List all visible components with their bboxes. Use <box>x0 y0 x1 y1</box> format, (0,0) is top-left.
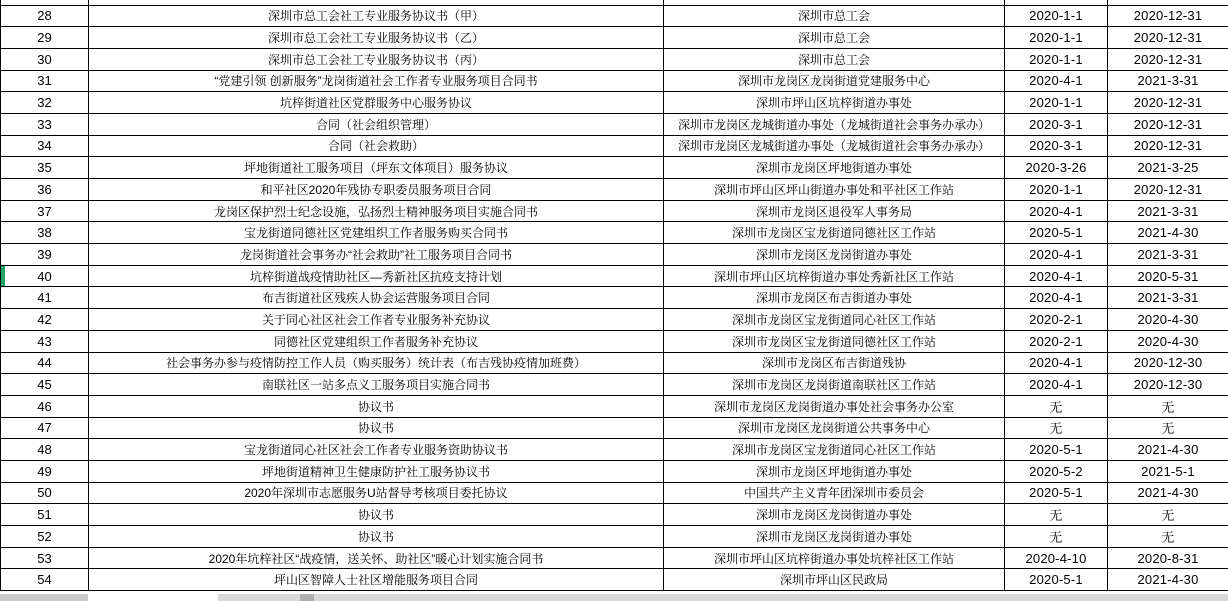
cell-organization[interactable]: 深圳市龙岗区退役军人事务局 <box>664 200 1005 222</box>
table-row: 52 协议书 深圳市龙岗区龙岗街道办事处 无 无 <box>1 526 1228 548</box>
cell-organization[interactable]: 深圳市坪山区坑梓街道办事处秀新社区工作站 <box>664 265 1005 287</box>
table-row: 45 南联社区一站多点义工服务项目实施合同书 深圳市龙岗区龙岗街道南联社区工作站… <box>1 374 1228 396</box>
cell-organization[interactable]: 深圳市龙岗区龙岗街道党建服务中心 <box>664 70 1005 92</box>
bottom-left-block <box>0 594 88 601</box>
table-row: 49 坪地街道精神卫生健康防护社工服务协议书 深圳市龙岗区坪地街道办事处 202… <box>1 460 1228 482</box>
table-row: 35 坪地街道社工服务项目（坪东文体项目）服务协议 深圳市龙岗区坪地街道办事处 … <box>1 157 1228 179</box>
table-row: 32 坑梓街道社区党群服务中心服务协议 深圳市坪山区坑梓街道办事处 2020-1… <box>1 92 1228 114</box>
cell-contract-name[interactable]: 南联社区一站多点义工服务项目实施合同书 <box>89 374 664 396</box>
cell-contract-name[interactable]: 深圳市总工会社工专业服务协议书（甲） <box>89 5 664 27</box>
cell-organization[interactable]: 深圳市龙岗区龙城街道办事处（龙城街道社会事务办承办） <box>664 113 1005 135</box>
cell-start-date[interactable]: 2020-4-1 <box>1005 287 1108 309</box>
cell-contract-name[interactable]: 合同（社会救助） <box>89 135 664 157</box>
table-row: 46 协议书 深圳市龙岗区龙岗街道办事处社会事务办公室 无 无 <box>1 395 1228 417</box>
cell-end-date[interactable]: 2020-4-30 <box>1108 309 1228 331</box>
cell-end-date[interactable]: 2021-3-31 <box>1108 287 1228 309</box>
table-row: 41 布吉街道社区残疾人协会运营服务项目合同 深圳市龙岗区布吉街道办事处 202… <box>1 287 1228 309</box>
cell-row-number[interactable]: 39 <box>1 244 89 266</box>
table-row: 31 “党建引领 创新服务”龙岗街道社会工作者专业服务项目合同书 深圳市龙岗区龙… <box>1 70 1228 92</box>
cell-contract-name[interactable]: 协议书 <box>89 504 664 526</box>
cell-row-number[interactable]: 40 <box>1 265 89 287</box>
cell-contract-name[interactable]: “党建引领 创新服务”龙岗街道社会工作者专业服务项目合同书 <box>89 70 664 92</box>
cell-organization[interactable]: 深圳市龙岗区龙城街道办事处（龙城街道社会事务办承办） <box>664 135 1005 157</box>
cell-start-date[interactable]: 2020-2-1 <box>1005 330 1108 352</box>
table-row: 48 宝龙街道同心社区社会工作者专业服务资助协议书 深圳市龙岗区宝龙街道同心社区… <box>1 439 1228 461</box>
cell-organization[interactable]: 深圳市龙岗区龙岗街道办事处 <box>664 526 1005 548</box>
cell-contract-name[interactable]: 协议书 <box>89 417 664 439</box>
cell-start-date[interactable]: 2020-1-1 <box>1005 48 1108 70</box>
cell-organization[interactable]: 深圳市龙岗区龙岗街道公共事务中心 <box>664 417 1005 439</box>
cell-organization[interactable]: 深圳市龙岗区宝龙街道同德社区工作站 <box>664 330 1005 352</box>
cell-end-date[interactable]: 无 <box>1108 417 1228 439</box>
cell-row-number[interactable]: 45 <box>1 374 89 396</box>
cell-organization[interactable]: 深圳市龙岗区布吉街道办事处 <box>664 287 1005 309</box>
cell-contract-name[interactable]: 协议书 <box>89 526 664 548</box>
cell-contract-name[interactable]: 坑梓街道战疫情助社区—秀新社区抗疫支持计划 <box>89 265 664 287</box>
cell-organization[interactable]: 深圳市龙岗区宝龙街道同心社区工作站 <box>664 439 1005 461</box>
cell-contract-name[interactable]: 协议书 <box>89 395 664 417</box>
cell-end-date[interactable]: 2020-12-30 <box>1108 374 1228 396</box>
cell-end-date[interactable]: 2020-8-31 <box>1108 547 1228 569</box>
cell-contract-name[interactable]: 宝龙街道同德社区党建组织工作者服务购买合同书 <box>89 222 664 244</box>
cell-row-number[interactable]: 48 <box>1 439 89 461</box>
cell-start-date[interactable]: 2020-1-1 <box>1005 5 1108 27</box>
cell-end-date[interactable]: 无 <box>1108 526 1228 548</box>
cell-organization[interactable]: 深圳市龙岗区龙岗街道南联社区工作站 <box>664 374 1005 396</box>
cell-end-date[interactable]: 2021-3-31 <box>1108 200 1228 222</box>
cell-row-number[interactable]: 30 <box>1 48 89 70</box>
cell-start-date[interactable]: 2020-2-1 <box>1005 309 1108 331</box>
cell-end-date[interactable]: 2021-4-30 <box>1108 222 1228 244</box>
cell-contract-name[interactable]: 宝龙街道同心社区社会工作者专业服务资助协议书 <box>89 439 664 461</box>
cell-end-date[interactable]: 2020-12-31 <box>1108 48 1228 70</box>
cell-start-date[interactable]: 2020-4-1 <box>1005 200 1108 222</box>
cell-start-date[interactable]: 2020-1-1 <box>1005 27 1108 49</box>
table-row: 50 2020年深圳市志愿服务U站督导考核项目委托协议 中国共产主义青年团深圳市… <box>1 482 1228 504</box>
table-row: 36 和平社区2020年残协专职委员服务项目合同 深圳市坪山区坪山街道办事处和平… <box>1 179 1228 201</box>
cell-contract-name[interactable]: 坑梓街道社区党群服务中心服务协议 <box>89 92 664 114</box>
cell-end-date[interactable]: 2021-4-30 <box>1108 569 1228 591</box>
cell-end-date[interactable]: 2021-4-30 <box>1108 482 1228 504</box>
cell-row-number[interactable]: 42 <box>1 309 89 331</box>
table-row: 28 深圳市总工会社工专业服务协议书（甲） 深圳市总工会 2020-1-1 20… <box>1 5 1228 27</box>
cell-organization[interactable]: 深圳市坪山区坑梓街道办事处坑梓社区工作站 <box>664 547 1005 569</box>
cell-start-date[interactable]: 无 <box>1005 395 1108 417</box>
cell-start-date[interactable]: 2020-4-10 <box>1005 547 1108 569</box>
cell-start-date[interactable]: 2020-5-1 <box>1005 222 1108 244</box>
cell-start-date[interactable]: 2020-5-1 <box>1005 482 1108 504</box>
table-row: 44 社会事务办参与疫情防控工作人员（购买服务）统计表（布吉残协疫情加班费） 深… <box>1 352 1228 374</box>
cell-contract-name[interactable]: 2020年深圳市志愿服务U站督导考核项目委托协议 <box>89 482 664 504</box>
cell-end-date[interactable]: 2020-12-31 <box>1108 92 1228 114</box>
cell-row-number[interactable]: 33 <box>1 113 89 135</box>
table-row: 33 合同（社会组织管理） 深圳市龙岗区龙城街道办事处（龙城街道社会事务办承办）… <box>1 113 1228 135</box>
table-row: 29 深圳市总工会社工专业服务协议书（乙） 深圳市总工会 2020-1-1 20… <box>1 27 1228 49</box>
cell-organization[interactable]: 深圳市龙岗区坪地街道办事处 <box>664 460 1005 482</box>
cell-row-number[interactable]: 34 <box>1 135 89 157</box>
horizontal-scrollbar-thumb[interactable] <box>300 594 314 601</box>
cell-start-date[interactable]: 2020-4-1 <box>1005 352 1108 374</box>
cell-end-date[interactable]: 2021-3-25 <box>1108 157 1228 179</box>
cell-start-date[interactable]: 2020-4-1 <box>1005 374 1108 396</box>
table-row: 38 宝龙街道同德社区党建组织工作者服务购买合同书 深圳市龙岗区宝龙街道同德社区… <box>1 222 1228 244</box>
cell-row-number[interactable]: 37 <box>1 200 89 222</box>
cell-start-date[interactable]: 2020-3-1 <box>1005 135 1108 157</box>
cell-row-number[interactable]: 50 <box>1 482 89 504</box>
cell-end-date[interactable]: 2021-3-31 <box>1108 244 1228 266</box>
cell-organization[interactable]: 深圳市龙岗区坪地街道办事处 <box>664 157 1005 179</box>
cell-row-number[interactable]: 35 <box>1 157 89 179</box>
cell-row-number[interactable]: 28 <box>1 5 89 27</box>
cell-end-date[interactable]: 2020-4-30 <box>1108 330 1228 352</box>
cell-row-number[interactable]: 49 <box>1 460 89 482</box>
cell-row-number[interactable]: 54 <box>1 569 89 591</box>
cell-contract-name[interactable]: 坪地街道精神卫生健康防护社工服务协议书 <box>89 460 664 482</box>
cell-start-date[interactable]: 2020-5-1 <box>1005 439 1108 461</box>
cell-end-date[interactable]: 2021-5-1 <box>1108 460 1228 482</box>
cell-start-date[interactable]: 无 <box>1005 526 1108 548</box>
horizontal-scrollbar-track[interactable] <box>218 594 1228 601</box>
cell-end-date[interactable]: 2020-12-31 <box>1108 179 1228 201</box>
cell-start-date[interactable]: 2020-4-1 <box>1005 244 1108 266</box>
cell-start-date[interactable]: 无 <box>1005 504 1108 526</box>
cell-organization[interactable]: 深圳市龙岗区龙岗街道办事处社会事务办公室 <box>664 395 1005 417</box>
cell-contract-name[interactable]: 2020年坑梓社区“战疫情，送关怀、助社区”暖心计划实施合同书 <box>89 547 664 569</box>
cell-contract-name[interactable]: 社会事务办参与疫情防控工作人员（购买服务）统计表（布吉残协疫情加班费） <box>89 352 664 374</box>
contracts-table: 28 深圳市总工会社工专业服务协议书（甲） 深圳市总工会 2020-1-1 20… <box>0 0 1228 591</box>
cell-start-date[interactable]: 2020-5-1 <box>1005 569 1108 591</box>
table-row: 54 坪山区智障人士社区增能服务项目合同 深圳市坪山区民政局 2020-5-1 … <box>1 569 1228 591</box>
cell-start-date[interactable]: 2020-3-26 <box>1005 157 1108 179</box>
cell-organization[interactable]: 深圳市龙岗区布吉街道残协 <box>664 352 1005 374</box>
cell-end-date[interactable]: 2020-5-31 <box>1108 265 1228 287</box>
cell-organization[interactable]: 深圳市龙岗区龙岗街道办事处 <box>664 244 1005 266</box>
cell-contract-name[interactable]: 坪山区智障人士社区增能服务项目合同 <box>89 569 664 591</box>
cell-contract-name[interactable]: 合同（社会组织管理） <box>89 113 664 135</box>
cell-end-date[interactable]: 无 <box>1108 504 1228 526</box>
spreadsheet-grid: 28 深圳市总工会社工专业服务协议书（甲） 深圳市总工会 2020-1-1 20… <box>0 0 1228 601</box>
table-row: 34 合同（社会救助） 深圳市龙岗区龙城街道办事处（龙城街道社会事务办承办） 2… <box>1 135 1228 157</box>
cell-start-date[interactable]: 2020-1-1 <box>1005 179 1108 201</box>
cell-organization[interactable]: 深圳市龙岗区宝龙街道同心社区工作站 <box>664 309 1005 331</box>
cell-row-number[interactable]: 36 <box>1 179 89 201</box>
cell-end-date[interactable]: 2020-12-30 <box>1108 352 1228 374</box>
cell-row-number[interactable]: 41 <box>1 287 89 309</box>
cell-start-date[interactable]: 2020-3-1 <box>1005 113 1108 135</box>
cell-row-number[interactable]: 53 <box>1 547 89 569</box>
cell-organization[interactable]: 深圳市总工会 <box>664 5 1005 27</box>
cell-contract-name[interactable]: 和平社区2020年残协专职委员服务项目合同 <box>89 179 664 201</box>
cell-row-number[interactable]: 52 <box>1 526 89 548</box>
cell-start-date[interactable]: 2020-4-1 <box>1005 265 1108 287</box>
cell-organization[interactable]: 深圳市总工会 <box>664 27 1005 49</box>
table-row: 37 龙岗区保护烈士纪念设施，弘扬烈士精神服务项目实施合同书 深圳市龙岗区退役军… <box>1 200 1228 222</box>
cell-organization[interactable]: 深圳市龙岗区龙岗街道办事处 <box>664 504 1005 526</box>
cell-contract-name[interactable]: 关于同心社区社会工作者专业服务补充协议 <box>89 309 664 331</box>
table-row: 30 深圳市总工会社工专业服务协议书（丙） 深圳市总工会 2020-1-1 20… <box>1 48 1228 70</box>
table-row: 42 关于同心社区社会工作者专业服务补充协议 深圳市龙岗区宝龙街道同心社区工作站… <box>1 309 1228 331</box>
cell-organization[interactable]: 深圳市坪山区坑梓街道办事处 <box>664 92 1005 114</box>
table-row: 39 龙岗街道社会事务办“社会救助”社工服务项目合同书 深圳市龙岗区龙岗街道办事… <box>1 244 1228 266</box>
cell-contract-name[interactable]: 深圳市总工会社工专业服务协议书（丙） <box>89 48 664 70</box>
cell-end-date[interactable]: 2021-4-30 <box>1108 439 1228 461</box>
cell-end-date[interactable]: 2020-12-31 <box>1108 27 1228 49</box>
cell-row-number[interactable]: 38 <box>1 222 89 244</box>
cell-contract-name[interactable]: 布吉街道社区残疾人协会运营服务项目合同 <box>89 287 664 309</box>
cell-contract-name[interactable]: 坪地街道社工服务项目（坪东文体项目）服务协议 <box>89 157 664 179</box>
cell-end-date[interactable]: 2020-12-31 <box>1108 113 1228 135</box>
cell-organization[interactable]: 深圳市总工会 <box>664 48 1005 70</box>
table-row: 51 协议书 深圳市龙岗区龙岗街道办事处 无 无 <box>1 504 1228 526</box>
table-row: 43 同德社区党建组织工作者服务补充协议 深圳市龙岗区宝龙街道同德社区工作站 2… <box>1 330 1228 352</box>
cell-end-date[interactable]: 无 <box>1108 395 1228 417</box>
cell-row-number[interactable]: 44 <box>1 352 89 374</box>
cell-start-date[interactable]: 2020-5-2 <box>1005 460 1108 482</box>
cell-contract-name[interactable]: 同德社区党建组织工作者服务补充协议 <box>89 330 664 352</box>
cell-start-date[interactable]: 2020-4-1 <box>1005 70 1108 92</box>
cell-end-date[interactable]: 2020-12-31 <box>1108 135 1228 157</box>
cell-organization[interactable]: 中国共产主义青年团深圳市委员会 <box>664 482 1005 504</box>
cell-start-date[interactable]: 无 <box>1005 417 1108 439</box>
table-row: 40 坑梓街道战疫情助社区—秀新社区抗疫支持计划 深圳市坪山区坑梓街道办事处秀新… <box>1 265 1228 287</box>
cell-end-date[interactable]: 2021-3-31 <box>1108 70 1228 92</box>
cell-organization[interactable]: 深圳市坪山区民政局 <box>664 569 1005 591</box>
cell-contract-name[interactable]: 深圳市总工会社工专业服务协议书（乙） <box>89 27 664 49</box>
cell-end-date[interactable]: 2020-12-31 <box>1108 5 1228 27</box>
cell-row-number[interactable]: 32 <box>1 92 89 114</box>
cell-row-number[interactable]: 46 <box>1 395 89 417</box>
cell-organization[interactable]: 深圳市龙岗区宝龙街道同德社区工作站 <box>664 222 1005 244</box>
cell-start-date[interactable]: 2020-1-1 <box>1005 92 1108 114</box>
cell-row-number[interactable]: 43 <box>1 330 89 352</box>
cell-contract-name[interactable]: 龙岗区保护烈士纪念设施，弘扬烈士精神服务项目实施合同书 <box>89 200 664 222</box>
table-row: 47 协议书 深圳市龙岗区龙岗街道公共事务中心 无 无 <box>1 417 1228 439</box>
cell-row-number[interactable]: 51 <box>1 504 89 526</box>
cell-row-number[interactable]: 29 <box>1 27 89 49</box>
cell-row-number[interactable]: 31 <box>1 70 89 92</box>
table-row: 53 2020年坑梓社区“战疫情，送关怀、助社区”暖心计划实施合同书 深圳市坪山… <box>1 547 1228 569</box>
cell-organization[interactable]: 深圳市坪山区坪山街道办事处和平社区工作站 <box>664 179 1005 201</box>
cell-contract-name[interactable]: 龙岗街道社会事务办“社会救助”社工服务项目合同书 <box>89 244 664 266</box>
cell-row-number[interactable]: 47 <box>1 417 89 439</box>
